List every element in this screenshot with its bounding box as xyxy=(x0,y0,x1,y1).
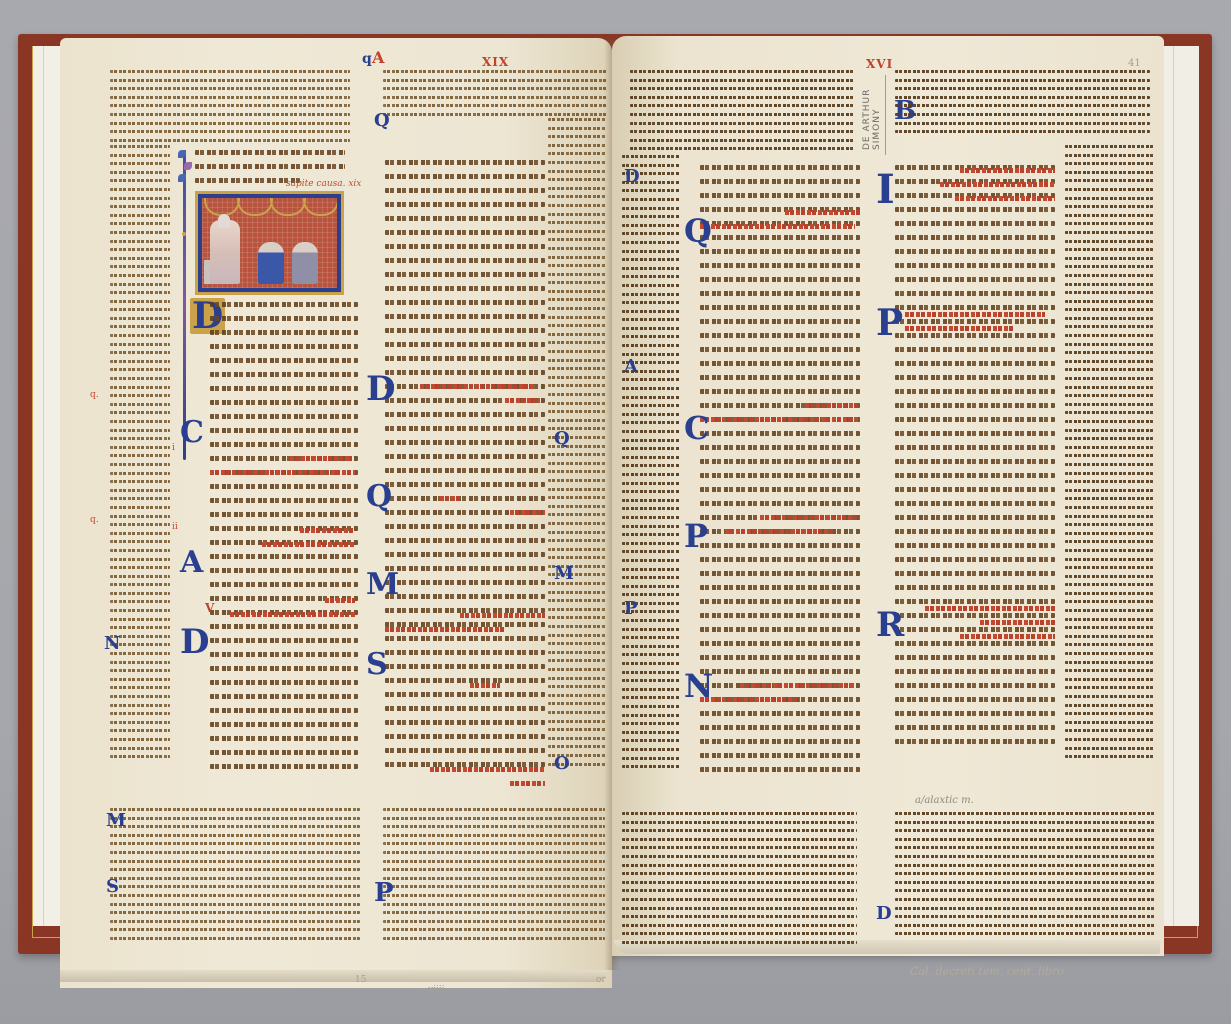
decorative-border-vine xyxy=(183,150,186,460)
header-initial-q: q xyxy=(362,52,372,66)
initial-i-blue: I xyxy=(876,170,895,210)
gold-dot-ornament xyxy=(182,232,186,236)
margin-mark: q. xyxy=(90,390,99,400)
pen-flourish xyxy=(885,75,886,155)
initial-p-foot: P xyxy=(374,880,394,906)
rubric-line xyxy=(805,403,860,408)
initial-p-gloss: P xyxy=(624,600,638,618)
leaf-ornament-icon xyxy=(178,174,186,182)
main-text-column-2-right xyxy=(895,165,1055,785)
page-stack-right xyxy=(1160,46,1199,926)
rubric-line xyxy=(290,456,352,461)
initial-q-gloss: Q xyxy=(554,430,570,448)
miniature-illumination xyxy=(195,191,344,295)
pencil-note-bottom: Cal. decreti tem. cent. libro xyxy=(910,965,1064,978)
rubric-line xyxy=(440,496,460,501)
rubric-line xyxy=(505,398,540,403)
rubric-line xyxy=(210,470,355,475)
kneeling-cleric-blue xyxy=(258,242,284,284)
initial-m-blue: M xyxy=(366,570,399,600)
rubric-line xyxy=(955,196,1055,201)
gothic-arch xyxy=(303,198,337,216)
initial-q-blue: Q xyxy=(684,215,712,247)
initial-p-blue: P xyxy=(876,305,903,341)
left-page-curl xyxy=(60,970,608,982)
gothic-arch xyxy=(237,198,273,216)
initial-s-blue: S xyxy=(366,650,388,680)
initial-d-foot: D xyxy=(876,905,892,923)
rubric-line xyxy=(905,326,1015,331)
rubric-causa: sapite causa. xix xyxy=(286,179,361,189)
margin-mark: i xyxy=(172,443,175,453)
initial-d-gloss: D xyxy=(624,168,640,186)
gloss-bottom-right xyxy=(383,808,605,948)
margin-mark: ii xyxy=(172,522,178,532)
leaf-ornament-icon xyxy=(184,162,192,170)
gloss-top-right xyxy=(383,70,608,118)
gloss-outer-column-left xyxy=(110,145,170,805)
rubric-line xyxy=(325,598,355,603)
catchword-mark: or xyxy=(596,975,606,985)
gloss-top-left xyxy=(110,70,350,145)
initial-q-gloss: Q xyxy=(374,112,390,130)
rubric-line xyxy=(700,417,860,422)
initial-m-foot: M xyxy=(106,812,126,830)
margin-mark: q. xyxy=(90,515,99,525)
initial-a-gloss: A xyxy=(624,358,638,376)
main-text-column-1-right xyxy=(700,165,860,810)
gloss-bottom-right-r xyxy=(895,812,1155,952)
rubric-line xyxy=(420,384,535,389)
leaf-ornament-icon xyxy=(178,150,186,158)
papal-tiara xyxy=(218,214,230,228)
initial-o-gloss: O xyxy=(554,755,570,773)
gloss-top-right-r xyxy=(895,70,1150,140)
rubric-line xyxy=(460,613,545,618)
initial-r-blue: R xyxy=(876,608,904,642)
rubric-line xyxy=(940,182,1055,187)
main-text-column-1-left xyxy=(210,302,358,792)
initial-v-red: V xyxy=(205,602,214,614)
initial-n-blue: N xyxy=(104,635,120,653)
rubric-line xyxy=(262,542,355,547)
gothic-arch xyxy=(270,198,306,216)
rubric-line xyxy=(760,515,860,520)
rubric-line xyxy=(960,168,1055,173)
initial-p-blue: P xyxy=(684,520,708,552)
rubric-line xyxy=(980,620,1055,625)
rubric-line xyxy=(785,210,860,215)
rubric-line xyxy=(740,683,855,688)
gloss-outer-column-right xyxy=(1065,145,1155,815)
running-header-right: XVI xyxy=(866,57,893,71)
rubric-line xyxy=(905,312,1045,317)
rubric-line xyxy=(960,634,1055,639)
rubric-line xyxy=(925,606,1055,611)
gloss-top-left-r xyxy=(630,70,855,155)
rubric-line xyxy=(385,627,505,632)
gloss-inner-column-right xyxy=(622,155,680,815)
folio-number: 41 xyxy=(1128,58,1141,69)
rubric-line xyxy=(510,781,545,786)
rubric-line xyxy=(700,224,855,229)
initial-n-blue: N xyxy=(684,670,713,702)
rubric-line xyxy=(510,510,545,515)
kneeling-cleric-grey xyxy=(292,242,318,284)
pencil-mark: 15 xyxy=(355,975,366,985)
rubric-line xyxy=(725,529,835,534)
rubric-line xyxy=(300,528,355,533)
rubric-line xyxy=(470,683,500,688)
initial-q-blue: Q xyxy=(366,482,392,512)
initial-d-blue: D xyxy=(366,372,395,406)
initial-d-blue: D xyxy=(180,625,209,659)
gloss-bottom-left-r xyxy=(622,812,857,952)
initial-c-blue: C xyxy=(684,412,709,444)
pope-figure xyxy=(210,220,240,284)
marginal-note: a/alaxtic m. xyxy=(915,795,974,806)
ownership-stamp: DE ARTHUR SIMONY xyxy=(862,70,882,150)
initial-a-blue: A xyxy=(180,548,203,578)
initial-c-blue: C xyxy=(180,418,204,448)
rubric-line xyxy=(700,697,800,702)
main-text-column-2-left xyxy=(385,160,545,805)
running-header-left: XIX xyxy=(482,55,509,69)
initial-s-foot: S xyxy=(106,878,119,896)
quire-signature: viiij xyxy=(428,985,445,995)
header-initial-left: A xyxy=(372,50,384,66)
rubric-line xyxy=(430,767,545,772)
gloss-inner-column-left xyxy=(548,118,606,808)
initial-m-gloss: M xyxy=(554,565,574,583)
rubric-line xyxy=(230,612,355,617)
gloss-bottom-left xyxy=(110,808,360,948)
